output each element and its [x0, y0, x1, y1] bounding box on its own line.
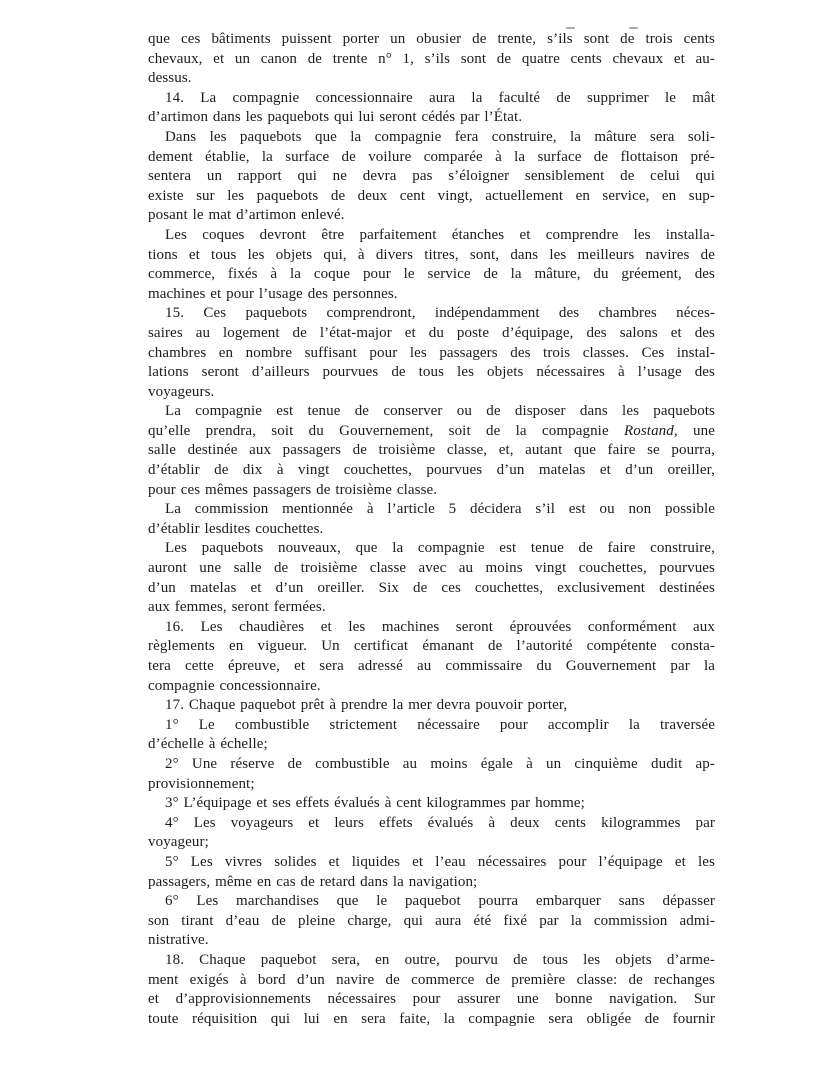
- text-line: d’établir lesdites couchettes.: [148, 520, 715, 540]
- text-line: nistrative.: [148, 931, 715, 951]
- text-line-item-1: 1° Le combustible strictement nécessaire…: [148, 716, 715, 736]
- text-line: et d’approvisionnements nécessaires pour…: [148, 990, 715, 1010]
- text-line: d’établir de dix à vingt couchettes, pou…: [148, 461, 715, 481]
- text-line: d’artimon dans les paquebots qui lui ser…: [148, 108, 715, 128]
- text-line: La compagnie est tenue de conserver ou d…: [148, 402, 715, 422]
- text-line-article-17: 17. Chaque paquebot prêt à prendre la me…: [148, 696, 715, 716]
- text-line: dement établie, la surface de voilure co…: [148, 148, 715, 168]
- text-line: pour ces mêmes passagers de troisième cl…: [148, 481, 715, 501]
- text-line: posant le mat d’artimon enlevé.: [148, 206, 715, 226]
- text-line-article-15: 15. Ces paquebots comprendront, indépend…: [148, 304, 715, 324]
- text-line: Les paquebots nouveaux, que la compagnie…: [148, 539, 715, 559]
- text-line: compagnie concessionnaire.: [148, 677, 715, 697]
- text-line: que ces bâtiments puissent porter un obu…: [148, 30, 715, 50]
- text-line: saires au logement de l’état-major et du…: [148, 324, 715, 344]
- text-line: chambres en nombre suffisant pour les pa…: [148, 344, 715, 364]
- text-line: provisionnement;: [148, 775, 715, 795]
- text-line: Dans les paquebots que la compagnie fera…: [148, 128, 715, 148]
- text-line: règlements en vigueur. Un certificat éma…: [148, 637, 715, 657]
- text-line-item-4: 4° Les voyageurs et leurs effets évalués…: [148, 814, 715, 834]
- text-line: qu’elle prendra, soit du Gouvernement, s…: [148, 422, 715, 442]
- text-line: Les coques devront être parfaitement éta…: [148, 226, 715, 246]
- text-line: commerce, fixés à la coque pour le servi…: [148, 265, 715, 285]
- text-line: tera cette épreuve, et sera adressé au c…: [148, 657, 715, 677]
- text-line: passagers, même en cas de retard dans la…: [148, 873, 715, 893]
- text-line: existe sur les paquebots de deux cent vi…: [148, 187, 715, 207]
- text-line: auront une salle de troisième classe ave…: [148, 559, 715, 579]
- text-line: lations seront d’ailleurs pourvues de to…: [148, 363, 715, 383]
- text-line: aux femmes, seront fermées.: [148, 598, 715, 618]
- document-page: que ces bâtiments puissent porter un obu…: [0, 0, 830, 1081]
- text-line-article-14: 14. La compagnie concessionnaire aura la…: [148, 89, 715, 109]
- text-line: ment exigés à bord d’un navire de commer…: [148, 971, 715, 991]
- scan-artifact: [566, 27, 575, 29]
- text-line-article-16: 16. Les chaudières et les machines seron…: [148, 618, 715, 638]
- scan-artifact: [629, 27, 638, 29]
- text-line: sentera un rapport qui ne devra pas s’él…: [148, 167, 715, 187]
- text-line-item-3: 3° L’équipage et ses effets évalués à ce…: [148, 794, 715, 814]
- italic-word: Rostand: [624, 423, 674, 439]
- text-line-segment: , une: [674, 423, 715, 439]
- text-line: d’un matelas et d’un oreiller. Six de ce…: [148, 579, 715, 599]
- text-line: dessus.: [148, 69, 715, 89]
- text-line: voyageurs.: [148, 383, 715, 403]
- text-line-segment: qu’elle prendra, soit du Gouvernement, s…: [148, 423, 624, 439]
- text-line: machines et pour l’usage des personnes.: [148, 285, 715, 305]
- body-text: que ces bâtiments puissent porter un obu…: [148, 30, 715, 1029]
- text-line: d’échelle à échelle;: [148, 735, 715, 755]
- text-line: toute réquisition qui lui en sera faite,…: [148, 1010, 715, 1030]
- text-line-item-6: 6° Les marchandises que le paquebot pour…: [148, 892, 715, 912]
- text-line: voyageur;: [148, 833, 715, 853]
- text-line-item-2: 2° Une réserve de combustible au moins é…: [148, 755, 715, 775]
- text-line: La commission mentionnée à l’article 5 d…: [148, 500, 715, 520]
- text-line: salle destinée aux passagers de troisièm…: [148, 441, 715, 461]
- text-line: son tirant d’eau de pleine charge, qui a…: [148, 912, 715, 932]
- text-line-item-5: 5° Les vivres solides et liquides et l’e…: [148, 853, 715, 873]
- text-line-article-18: 18. Chaque paquebot sera, en outre, pour…: [148, 951, 715, 971]
- text-line: tions et tous les objets qui, à divers t…: [148, 246, 715, 266]
- text-line: chevaux, et un canon de trente n° 1, s’i…: [148, 50, 715, 70]
